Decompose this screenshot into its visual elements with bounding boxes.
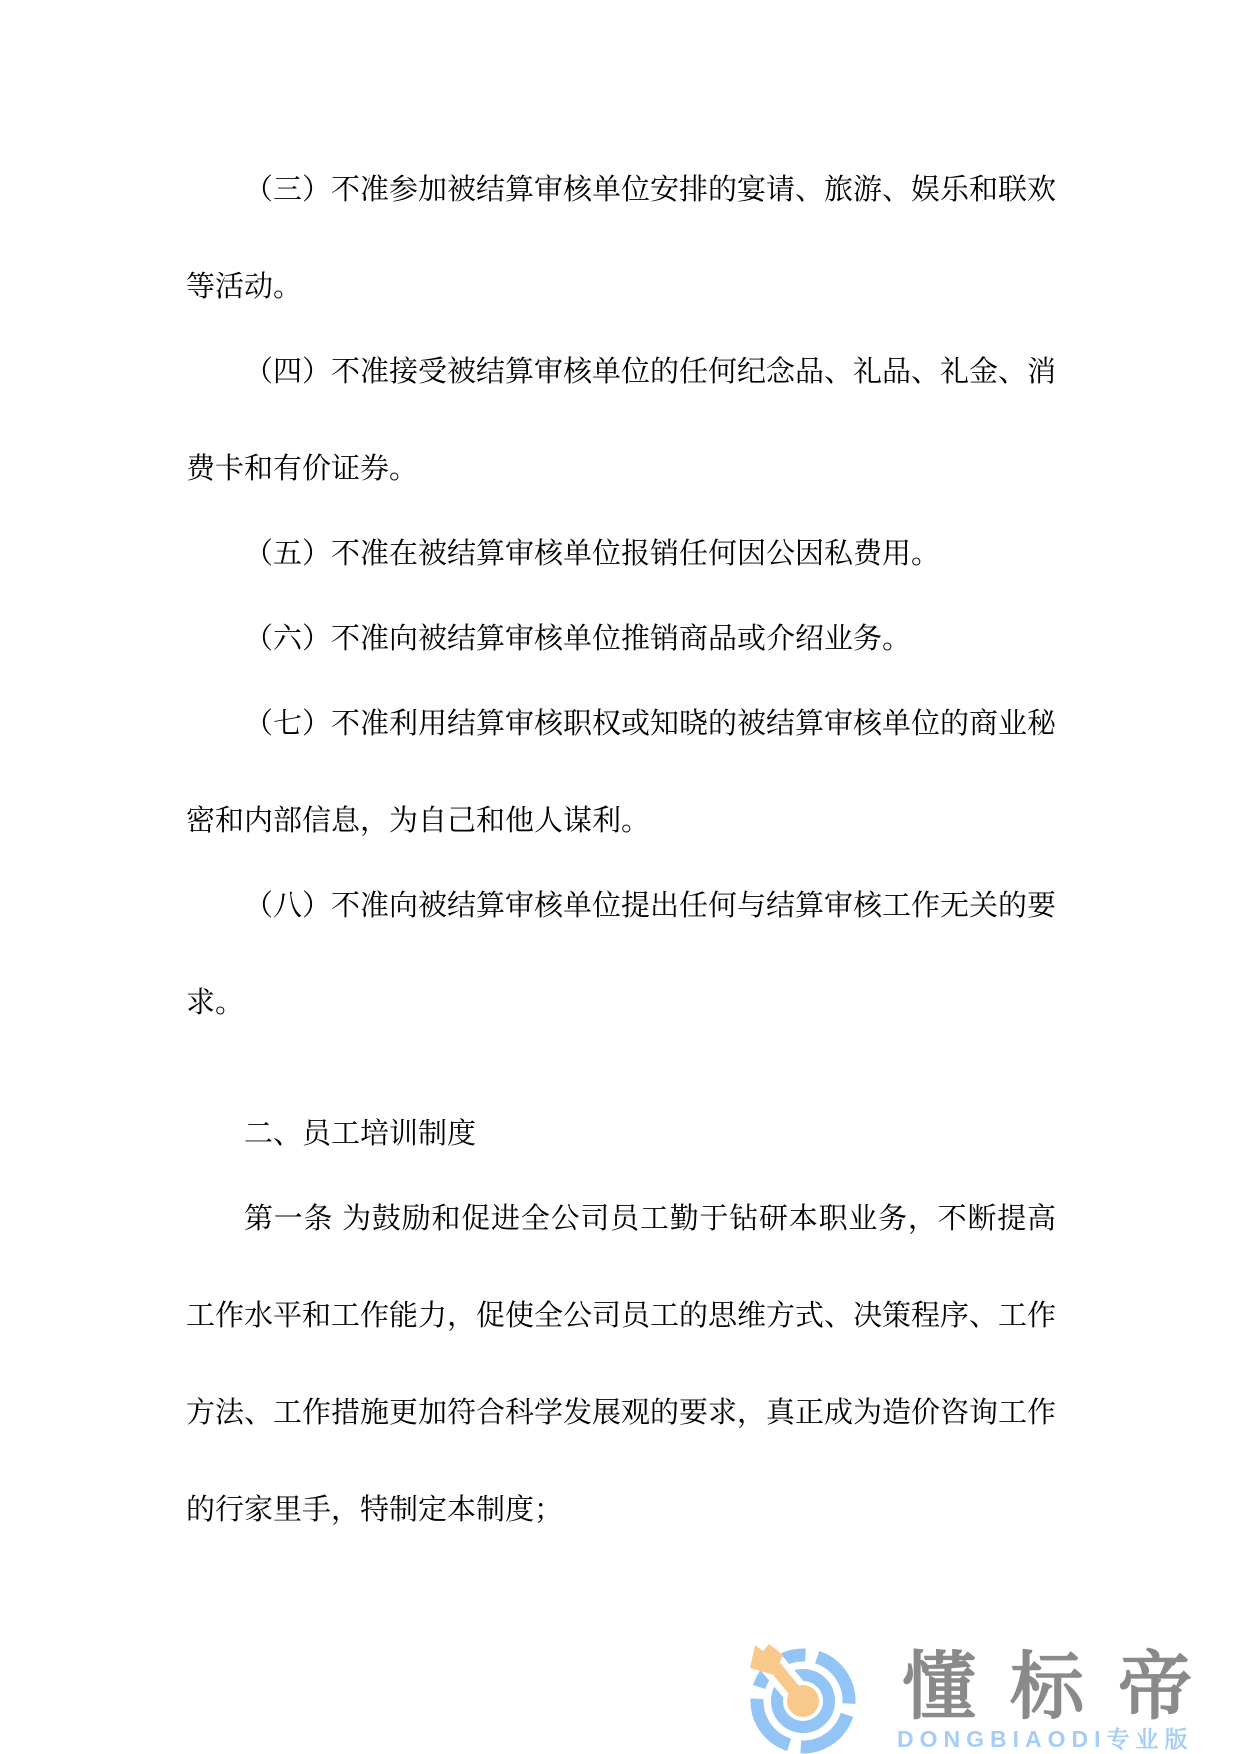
section-heading: 二、员工培训制度 (186, 1086, 1056, 1183)
paragraph: （四）不准接受被结算审核单位的任何纪念品、礼品、礼金、消费卡和有价证券。 (186, 324, 1056, 518)
watermark-brand-subtitle: DONGBIAODI专业版 (897, 1726, 1194, 1752)
paragraph: （三）不准参加被结算审核单位安排的宴请、旅游、娱乐和联欢等活动。 (186, 142, 1056, 336)
document-page: （三）不准参加被结算审核单位安排的宴请、旅游、娱乐和联欢等活动。 （四）不准接受… (0, 0, 1241, 1754)
paragraph: （七）不准利用结算审核职权或知晓的被结算审核单位的商业秘密和内部信息，为自己和他… (186, 676, 1056, 870)
watermark-brand-text: 懂标帝 (902, 1650, 1226, 1724)
paragraph: （五）不准在被结算审核单位报销任何因公因私费用。 (186, 506, 1056, 603)
paragraph: 第一条 为鼓励和促进全公司员工勤于钻研本职业务，不断提高工作水平和工作能力，促使… (186, 1171, 1056, 1559)
paragraph: （六）不准向被结算审核单位推销商品或介绍业务。 (186, 591, 1056, 688)
document-body: （三）不准参加被结算审核单位安排的宴请、旅游、娱乐和联欢等活动。 （四）不准接受… (186, 142, 1056, 1559)
target-dart-icon (748, 1642, 858, 1754)
paragraph: （八）不准向被结算审核单位提出任何与结算审核工作无关的要求。 (186, 858, 1056, 1052)
